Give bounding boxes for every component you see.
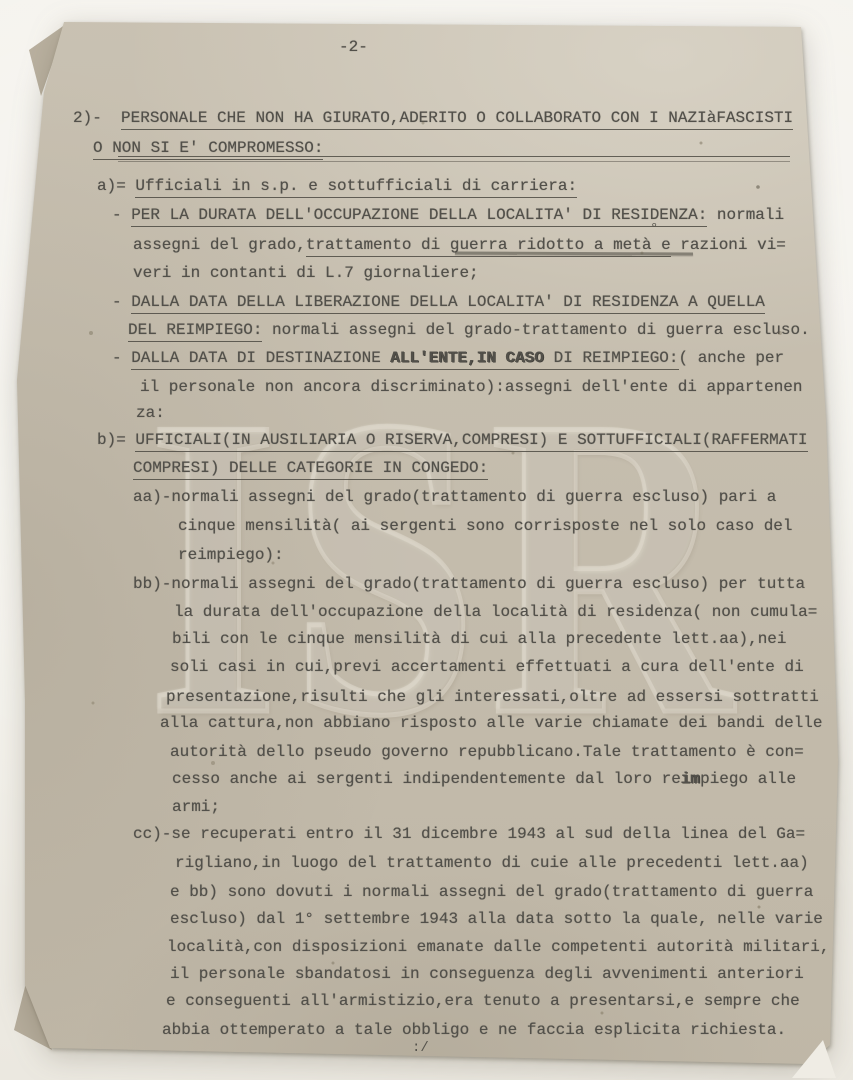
text-line: 2)- PERSONALE CHE NON HA GIURATO,ADERITO… bbox=[73, 108, 793, 128]
plain-text: za: bbox=[136, 404, 165, 422]
plain-text: rigliano,in luogo del trattamento di cui… bbox=[175, 854, 809, 872]
text-line: autorità dello pseudo governo repubblica… bbox=[170, 742, 804, 762]
emphasized-text: ALL'ENTE,IN CASO bbox=[390, 349, 544, 370]
text-line: escluso) dal 1° settembre 1943 alla data… bbox=[170, 909, 823, 929]
plain-text: il personale sbandatosi in conseguenza d… bbox=[170, 965, 804, 983]
plain-text: autorità dello pseudo governo repubblica… bbox=[170, 743, 804, 761]
text-line: DEL REIMPIEGO: normali assegni del grado… bbox=[128, 320, 810, 340]
plain-text: ( anche per bbox=[679, 349, 785, 367]
text-line: bb)-normali assegni del grado(trattament… bbox=[133, 574, 805, 594]
text-line: b)= UFFICIALI(IN AUSILIARIA O RISERVA,CO… bbox=[97, 430, 808, 450]
sheet-shadow: ISR -2- 2)- PERSONALE CHE NON HA GIURATO… bbox=[0, 0, 853, 1080]
text-line: il personale sbandatosi in conseguenza d… bbox=[170, 964, 804, 984]
text-line: armi; bbox=[172, 797, 220, 817]
plain-text: abbia ottemperato a tale obbligo e ne fa… bbox=[162, 1021, 786, 1039]
plain-text: soli casi in cui,previ accertamenti effe… bbox=[170, 658, 804, 676]
plain-text: cc)-se recuperati entro il 31 dicembre 1… bbox=[133, 825, 805, 843]
emphasized-text: DALLA DATA DI DESTINAZIONE bbox=[131, 349, 390, 370]
text-line: presentazione,risulti che gli interessat… bbox=[166, 687, 819, 707]
stray-mark: ° bbox=[650, 221, 658, 237]
emphasized-text: O NON SI E' COMPROMESSO: bbox=[93, 139, 323, 160]
document-page: ISR -2- 2)- PERSONALE CHE NON HA GIURATO… bbox=[0, 0, 853, 1080]
text-line: - PER LA DURATA DELL'OCCUPAZIONE DELLA L… bbox=[112, 205, 784, 225]
text-line: rigliano,in luogo del trattamento di cui… bbox=[175, 853, 809, 873]
text-line: COMPRESI) DELLE CATEGORIE IN CONGEDO: bbox=[133, 458, 488, 478]
plain-text: e conseguenti all'armistizio,era tenuto … bbox=[166, 992, 800, 1010]
plain-text: b)= bbox=[97, 431, 135, 449]
plain-text: normali assegni del grado-trattamento di… bbox=[262, 321, 809, 339]
emphasized-text: DI REIMPIEGO: bbox=[544, 349, 678, 370]
plain-text: cesso anche ai sergenti indipendentement… bbox=[172, 770, 681, 788]
scan-background: ISR -2- 2)- PERSONALE CHE NON HA GIURATO… bbox=[0, 0, 853, 1080]
emphasized-text: im bbox=[681, 770, 700, 788]
text-line: a)= Ufficiali in s.p. e sottufficiali di… bbox=[97, 176, 577, 196]
plain-text: a)= bbox=[97, 177, 135, 195]
text-line: soli casi in cui,previ accertamenti effe… bbox=[170, 657, 804, 677]
emphasized-text: trattamento di guerra ridotto a metà e bbox=[306, 236, 671, 257]
emphasized-text: DEL REIMPIEGO: bbox=[128, 321, 262, 342]
plain-text: veri in contanti di L.7 giornaliere; bbox=[133, 264, 479, 282]
text-line: il personale non ancora discriminato):as… bbox=[140, 377, 803, 397]
stray-mark: :/ bbox=[412, 1040, 429, 1056]
plain-text: armi; bbox=[172, 798, 220, 816]
text-line: za: bbox=[136, 403, 165, 423]
plain-text: - bbox=[112, 349, 131, 367]
plain-text: cinque mensilità( ai sergenti sono corri… bbox=[178, 517, 793, 535]
emphasized-text: DALLA DATA DELLA LIBERAZIONE DELLA LOCAL… bbox=[131, 293, 765, 314]
plain-text: aa)-normali assegni del grado(trattament… bbox=[133, 488, 776, 506]
emphasized-text: COMPRESI) DELLE CATEGORIE IN CONGEDO: bbox=[133, 459, 488, 480]
text-line: località,con disposizioni emanate dalle … bbox=[167, 937, 830, 957]
text-line: cesso anche ai sergenti indipendentement… bbox=[172, 769, 796, 789]
plain-text: 2)- bbox=[73, 109, 121, 127]
plain-text: - bbox=[112, 206, 131, 224]
plain-text: località,con disposizioni emanate dalle … bbox=[167, 938, 830, 956]
text-line: e conseguenti all'armistizio,era tenuto … bbox=[166, 991, 800, 1011]
emphasized-text: PER LA DURATA DELL'OCCUPAZIONE DELLA LOC… bbox=[131, 206, 707, 227]
text-line: alla cattura,non abbiano risposto alle v… bbox=[160, 713, 823, 733]
plain-text: normali bbox=[707, 206, 784, 224]
paper-specks bbox=[0, 0, 2, 2]
text-line: e bb) sono dovuti i normali assegni del … bbox=[170, 882, 813, 902]
plain-text: assegni del grado, bbox=[133, 236, 306, 254]
plain-text: bb)-normali assegni del grado(trattament… bbox=[133, 575, 805, 593]
plain-text: escluso) dal 1° settembre 1943 alla data… bbox=[170, 910, 823, 928]
plain-text: il personale non ancora discriminato):as… bbox=[140, 378, 803, 396]
plain-text: reimpiego): bbox=[178, 546, 284, 564]
text-line: la durata dell'occupazione della localit… bbox=[174, 602, 817, 622]
emphasized-text: Ufficiali in s.p. e sottufficiali di car… bbox=[135, 177, 577, 198]
plain-text: - bbox=[112, 293, 131, 311]
plain-text: piego alle bbox=[700, 770, 796, 788]
text-line: cc)-se recuperati entro il 31 dicembre 1… bbox=[133, 824, 805, 844]
page-number: -2- bbox=[339, 37, 368, 57]
text-line: veri in contanti di L.7 giornaliere; bbox=[133, 263, 479, 283]
text-line: O NON SI E' COMPROMESSO: bbox=[93, 138, 323, 158]
text-line: bili con le cinque mensilità di cui alla… bbox=[172, 629, 787, 649]
plain-text: razioni vi= bbox=[671, 236, 786, 254]
text-line: assegni del grado,trattamento di guerra … bbox=[133, 235, 786, 255]
plain-text: presentazione,risulti che gli interessat… bbox=[166, 688, 819, 706]
plain-text: e bb) sono dovuti i normali assegni del … bbox=[170, 883, 813, 901]
text-line: - DALLA DATA DELLA LIBERAZIONE DELLA LOC… bbox=[112, 292, 765, 312]
plain-text: bili con le cinque mensilità di cui alla… bbox=[172, 630, 787, 648]
emphasized-text: PERSONALE CHE NON HA GIURATO,ADERITO O C… bbox=[121, 109, 793, 130]
text-line: cinque mensilità( ai sergenti sono corri… bbox=[178, 516, 793, 536]
text-line: reimpiego): bbox=[178, 545, 284, 565]
plain-text: alla cattura,non abbiano risposto alle v… bbox=[160, 714, 823, 732]
text-line: aa)-normali assegni del grado(trattament… bbox=[133, 487, 776, 507]
plain-text: la durata dell'occupazione della localit… bbox=[174, 603, 817, 621]
text-line: abbia ottemperato a tale obbligo e ne fa… bbox=[162, 1020, 786, 1040]
text-line: - DALLA DATA DI DESTINAZIONE ALL'ENTE,IN… bbox=[112, 348, 784, 368]
emphasized-text: UFFICIALI(IN AUSILIARIA O RISERVA,COMPRE… bbox=[135, 431, 807, 452]
